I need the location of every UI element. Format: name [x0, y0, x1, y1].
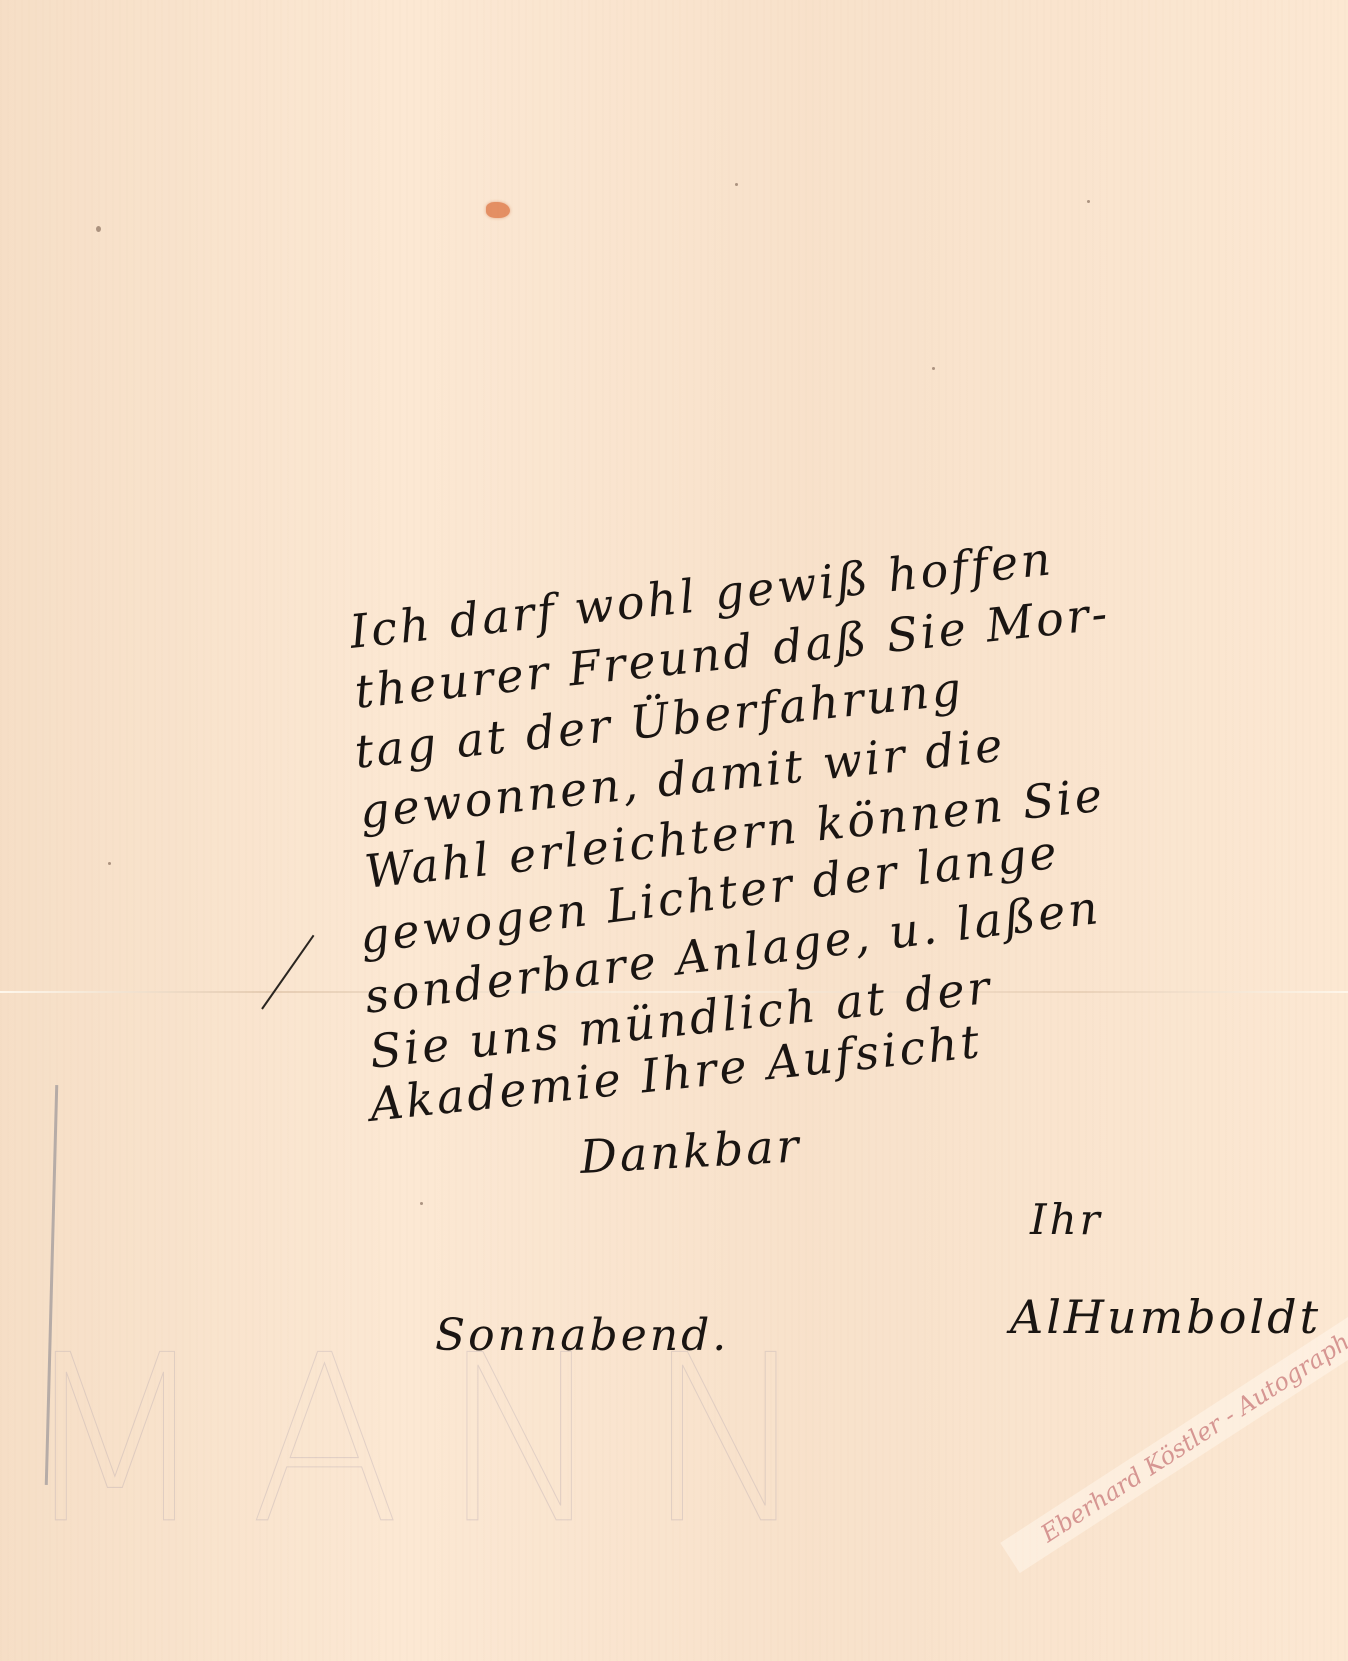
dealer-watermark: Eberhard Köstler - Autographen & Bücher — [1000, 1218, 1348, 1573]
paper-speck — [735, 183, 738, 186]
signature: AlHumboldt — [1010, 1290, 1321, 1344]
paper-speck — [420, 1202, 423, 1205]
letter-line-10: Dankbar — [579, 1118, 803, 1184]
paper-speck — [1087, 200, 1090, 203]
letter-paper: MANN Ich darf wohl gewiß hoffen theurer … — [0, 0, 1348, 1661]
paper-speck — [96, 226, 101, 232]
margin-pen-stroke — [261, 935, 314, 1010]
paper-speck — [932, 367, 935, 370]
paper-speck — [108, 862, 111, 865]
rust-stain — [486, 202, 510, 218]
closing-text: Ihr — [1030, 1195, 1103, 1244]
dateline: Sonnabend. — [435, 1310, 729, 1361]
